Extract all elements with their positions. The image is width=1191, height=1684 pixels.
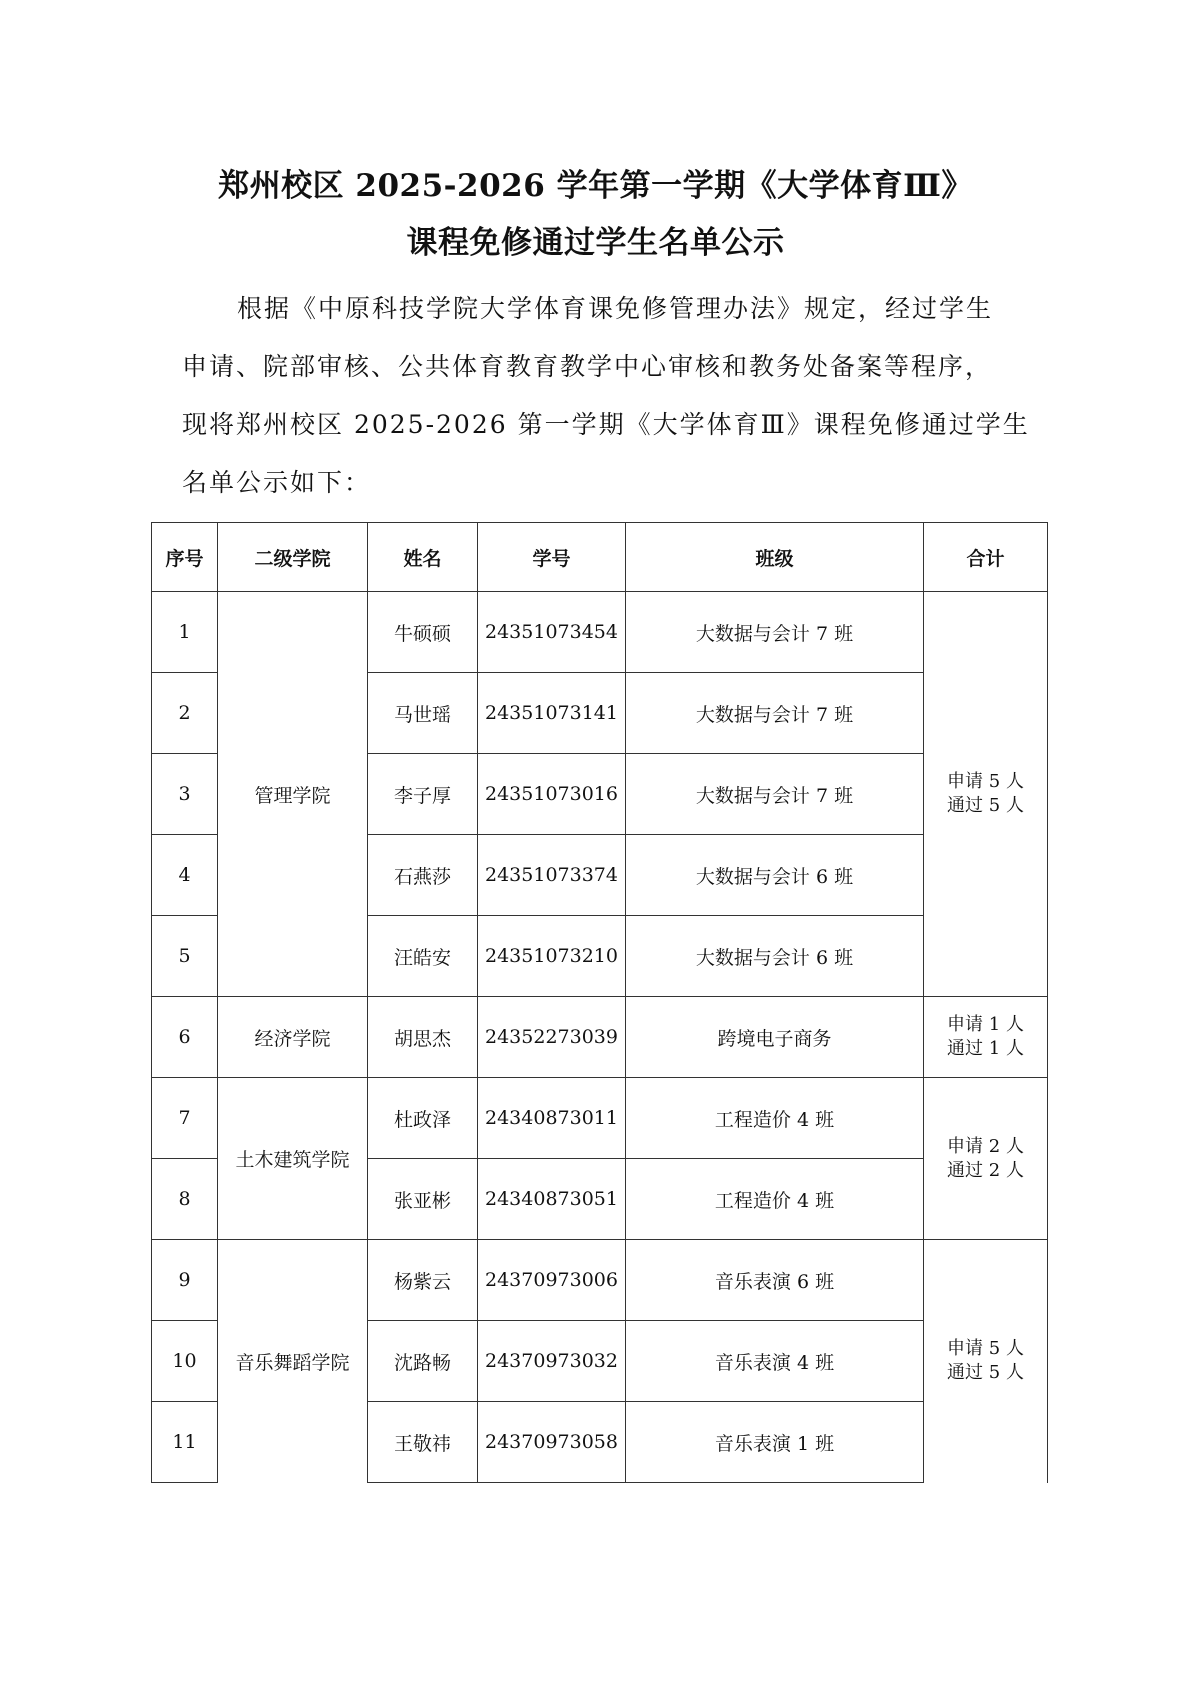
cell-total: 申请 2 人 通过 2 人 [924,1078,1048,1240]
header-student-id: 学号 [478,523,626,592]
table-row: 7 土木建筑学院 杜政泽 24340873011 工程造价 4 班 申请 2 人… [152,1078,1048,1159]
paragraph-line: 现将郑州校区 2025-2026 第一学期《大学体育Ⅲ》课程免修通过学生 [182,396,1012,454]
total-passed: 通过 1 人 [924,1037,1047,1061]
cell-college: 管理学院 [218,592,368,997]
header-total: 合计 [924,523,1048,592]
cell-name: 汪皓安 [368,916,478,997]
cell-college: 土木建筑学院 [218,1078,368,1240]
cell-name: 沈路畅 [368,1321,478,1402]
cell-student-id: 24351073454 [478,592,626,673]
cell-class: 跨境电子商务 [626,997,924,1078]
cell-student-id: 24351073016 [478,754,626,835]
cell-student-id: 24340873051 [478,1159,626,1240]
cell-class: 大数据与会计 6 班 [626,835,924,916]
cell-serial: 8 [152,1159,218,1240]
cell-student-id: 24370973058 [478,1402,626,1483]
cell-class: 音乐表演 6 班 [626,1240,924,1321]
paragraph-line: 名单公示如下： [182,454,1012,512]
cell-name: 马世瑶 [368,673,478,754]
cell-college: 经济学院 [218,997,368,1078]
cell-serial: 11 [152,1402,218,1483]
cell-name: 王敬祎 [368,1402,478,1483]
cell-serial: 4 [152,835,218,916]
cell-serial: 5 [152,916,218,997]
cell-serial: 6 [152,997,218,1078]
total-applied: 申请 5 人 [924,1337,1047,1361]
cell-serial: 1 [152,592,218,673]
cell-serial: 10 [152,1321,218,1402]
cell-student-id: 24370973006 [478,1240,626,1321]
cell-student-id: 24351073141 [478,673,626,754]
header-serial: 序号 [152,523,218,592]
total-applied: 申请 5 人 [924,770,1047,794]
table-row: 9 音乐舞蹈学院 杨紫云 24370973006 音乐表演 6 班 申请 5 人… [152,1240,1048,1321]
cell-serial: 9 [152,1240,218,1321]
document-title-line-2: 课程免修通过学生名单公示 [0,217,1191,262]
cell-serial: 2 [152,673,218,754]
cell-class: 大数据与会计 7 班 [626,754,924,835]
exemption-list-table: 序号 二级学院 姓名 学号 班级 合计 1 管理学院 牛硕硕 243510734… [151,522,1048,1483]
total-passed: 通过 2 人 [924,1159,1047,1183]
cell-total: 申请 1 人 通过 1 人 [924,997,1048,1078]
cell-name: 杜政泽 [368,1078,478,1159]
total-passed: 通过 5 人 [924,794,1047,818]
cell-student-id: 24340873011 [478,1078,626,1159]
cell-student-id: 24352273039 [478,997,626,1078]
cell-student-id: 24370973032 [478,1321,626,1402]
intro-paragraph: 根据《中原科技学院大学体育课免修管理办法》规定，经过学生 申请、院部审核、公共体… [182,280,1012,512]
document-title-line-1: 郑州校区 2025-2026 学年第一学期《大学体育Ⅲ》 [0,160,1191,205]
cell-student-id: 24351073374 [478,835,626,916]
cell-class: 大数据与会计 7 班 [626,673,924,754]
table-row: 1 管理学院 牛硕硕 24351073454 大数据与会计 7 班 申请 5 人… [152,592,1048,673]
header-name: 姓名 [368,523,478,592]
total-applied: 申请 2 人 [924,1135,1047,1159]
cell-serial: 7 [152,1078,218,1159]
paragraph-line: 申请、院部审核、公共体育教育教学中心审核和教务处备案等程序， [182,338,1012,396]
cell-student-id: 24351073210 [478,916,626,997]
header-class: 班级 [626,523,924,592]
cell-name: 胡思杰 [368,997,478,1078]
total-passed: 通过 5 人 [924,1361,1047,1385]
table-row: 6 经济学院 胡思杰 24352273039 跨境电子商务 申请 1 人 通过 … [152,997,1048,1078]
cell-class: 音乐表演 4 班 [626,1321,924,1402]
cell-name: 杨紫云 [368,1240,478,1321]
cell-total: 申请 5 人 通过 5 人 [924,1240,1048,1483]
cell-name: 牛硕硕 [368,592,478,673]
cell-class: 工程造价 4 班 [626,1078,924,1159]
cell-name: 李子厚 [368,754,478,835]
paragraph-line: 根据《中原科技学院大学体育课免修管理办法》规定，经过学生 [182,280,1012,338]
cell-name: 石燕莎 [368,835,478,916]
total-applied: 申请 1 人 [924,1013,1047,1037]
cell-total: 申请 5 人 通过 5 人 [924,592,1048,997]
table-header-row: 序号 二级学院 姓名 学号 班级 合计 [152,523,1048,592]
cell-class: 大数据与会计 6 班 [626,916,924,997]
cell-class: 工程造价 4 班 [626,1159,924,1240]
cell-college: 音乐舞蹈学院 [218,1240,368,1483]
cell-class: 音乐表演 1 班 [626,1402,924,1483]
cell-class: 大数据与会计 7 班 [626,592,924,673]
header-college: 二级学院 [218,523,368,592]
cell-name: 张亚彬 [368,1159,478,1240]
cell-serial: 3 [152,754,218,835]
